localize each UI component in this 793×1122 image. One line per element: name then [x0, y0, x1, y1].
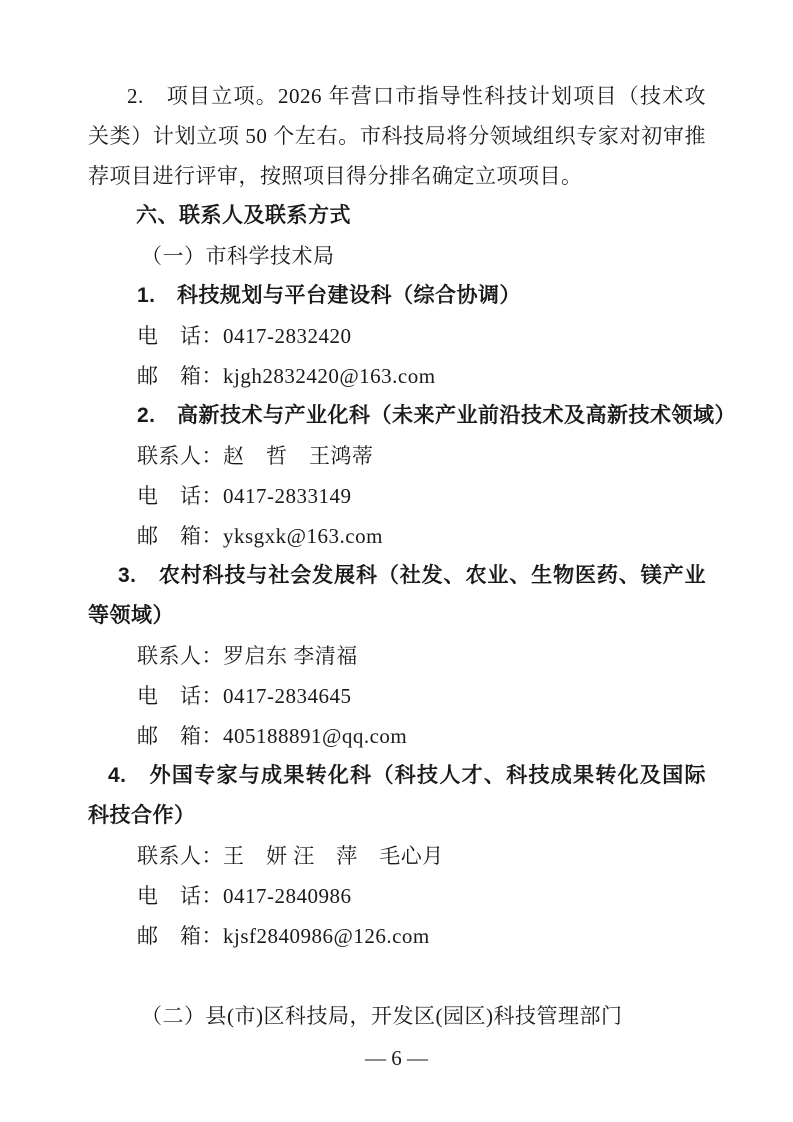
heading-dept-2-hightech: 2. 高新技术与产业化科（未来产业前沿技术及高新技术领域） — [88, 396, 706, 436]
dept-2-email: 邮 箱：yksgxk@163.com — [88, 516, 706, 556]
heading-dept-4-foreign-experts: 4. 外国专家与成果转化科（科技人才、科技成果转化及国际科技合作） — [88, 756, 706, 836]
subheading-city-science-bureau: （一）市科学技术局 — [88, 236, 706, 276]
heading-section-six-contacts: 六、联系人及联系方式 — [88, 196, 706, 236]
dept-2-phone: 电 话：0417-2833149 — [88, 476, 706, 516]
document-page: 2. 项目立项。2026 年营口市指导性科技计划项目（技术攻关类）计划立项 50… — [0, 0, 793, 1122]
dept-3-email: 邮 箱：405188891@qq.com — [88, 716, 706, 756]
dept-1-email: 邮 箱：kjgh2832420@163.com — [88, 356, 706, 396]
dept-4-contact-persons: 联系人：王 妍 汪 萍 毛心月 — [88, 836, 706, 876]
para-project-approval: 2. 项目立项。2026 年营口市指导性科技计划项目（技术攻关类）计划立项 50… — [88, 76, 706, 196]
dept-3-phone: 电 话：0417-2834645 — [88, 676, 706, 716]
dept-1-phone: 电 话：0417-2832420 — [88, 316, 706, 356]
dept-3-contact-persons: 联系人：罗启东 李清福 — [88, 636, 706, 676]
dept-4-phone: 电 话：0417-2840986 — [88, 876, 706, 916]
heading-dept-3-rural: 3. 农村科技与社会发展科（社发、农业、生物医药、镁产业等领域） — [88, 556, 706, 636]
heading-dept-1-planning: 1. 科技规划与平台建设科（综合协调） — [88, 276, 706, 316]
page-number: — 6 — — [0, 1038, 793, 1078]
document-body: 2. 项目立项。2026 年营口市指导性科技计划项目（技术攻关类）计划立项 50… — [88, 76, 706, 1036]
subheading-county-science-bureaus: （二）县(市)区科技局，开发区(园区)科技管理部门 — [88, 996, 706, 1036]
dept-2-contact-persons: 联系人：赵 哲 王鸿蒂 — [88, 436, 706, 476]
dept-4-email: 邮 箱：kjsf2840986@126.com — [88, 916, 706, 956]
